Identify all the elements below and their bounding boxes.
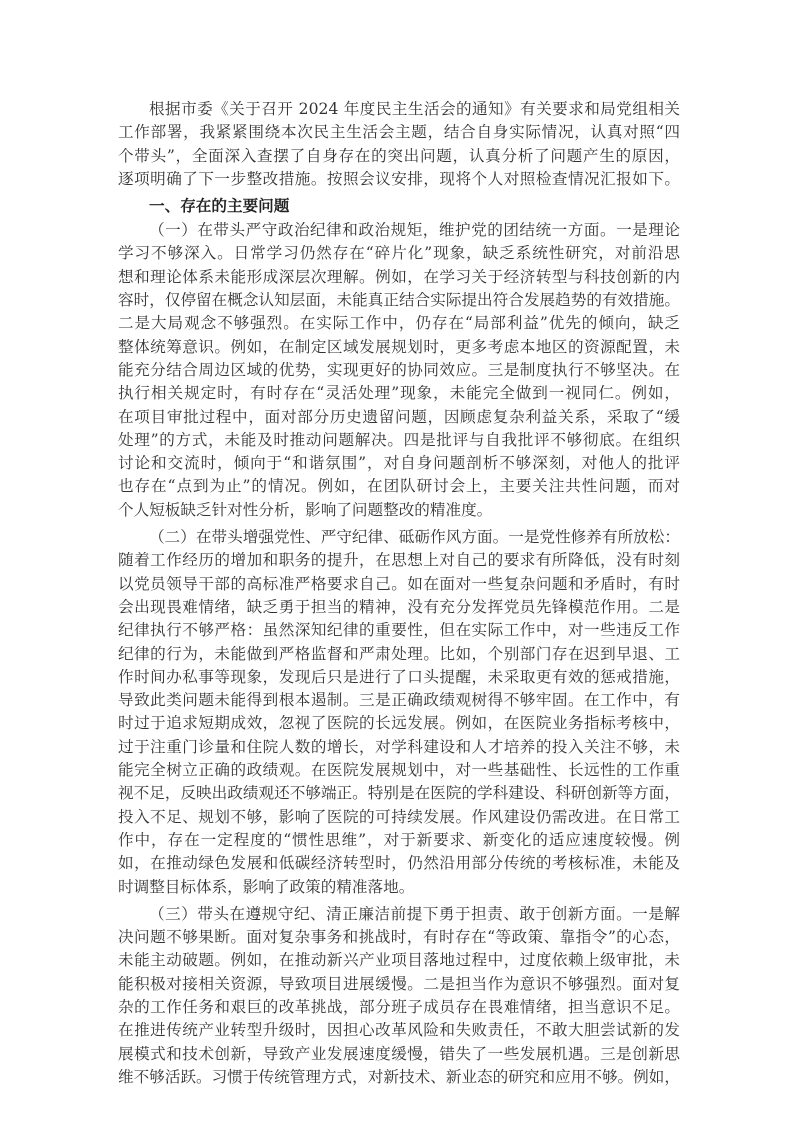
part1-line: 二是大局观念不够强烈。在实际工作中，仍存在“局部利益”优先的倾向，缺乏 [118,312,680,335]
part1-line: 个人短板缺乏针对性分析，影响了问题整改的精准度。 [118,499,680,522]
part2-line: （二）在带头增强党性、严守纪律、砥砺作风方面。一是党性修养有所放松： [118,526,680,549]
part3-paragraph: （三）带头在遵规守纪、清正廉洁前提下勇于担责、敢于创新方面。一是解 决问题不够果… [118,903,680,1089]
document-page: 根据市委《关于召开 2024 年度民主生活会的通知》有关要求和局党组相关 工作部… [118,98,680,1089]
part3-line: 决问题不够果断。面对复杂事务和挑战时，有时存在“等政策、靠指令”的心态， [118,926,680,949]
intro-line-3: 个带头”，全面深入查摆了自身存在的突出问题，认真分析了问题产生的原因， [118,145,680,168]
part1-paragraph: （一）在带头严守政治纪律和政治规矩，维护党的团结统一方面。一是理论 学习不够深入… [118,219,680,522]
part2-paragraph: （二）在带头增强党性、严守纪律、砥砺作风方面。一是党性修养有所放松： 随着工作经… [118,526,680,899]
intro-line-1: 根据市委《关于召开 2024 年度民主生活会的通知》有关要求和局党组相关 [118,98,680,121]
part1-line: 在项目审批过程中，面对部分历史遗留问题，因顾虑复杂利益关系，采取了“缓 [118,406,680,429]
intro-line-2: 工作部署，我紧紧围绕本次民主生活会主题，结合自身实际情况，认真对照“四 [118,121,680,144]
part2-line: 时过于追求短期成效，忽视了医院的长远发展。例如，在医院业务指标考核中， [118,712,680,735]
part2-line: 以党员领导干部的高标准严格要求自己。如在面对一些复杂问题和矛盾时，有时 [118,573,680,596]
part1-line: 容时，仅停留在概念认知层面，未能真正结合实际提出符合发展趋势的有效措施。 [118,289,680,312]
part3-line: 能积极对接相关资源，导致项目进展缓慢。二是担当作为意识不够强烈。面对复 [118,973,680,996]
part2-line: 过于注重门诊量和住院人数的增长，对学科建设和人才培养的投入关注不够，未 [118,736,680,759]
part3-line: （三）带头在遵规守纪、清正廉洁前提下勇于担责、敢于创新方面。一是解 [118,903,680,926]
part2-line: 会出现畏难情绪，缺乏勇于担当的精神，没有充分发挥党员先锋模范作用。二是 [118,596,680,619]
part3-line: 杂的工作任务和艰巨的改革挑战，部分班子成员存在畏难情绪，担当意识不足。 [118,996,680,1019]
part2-line: 作时间办私事等现象，发现后只是进行了口头提醒，未采取更有效的惩戒措施， [118,666,680,689]
part1-line: 能充分结合周边区域的优势，实现更好的协同效应。三是制度执行不够坚决。在 [118,359,680,382]
part2-line: 导致此类问题未能得到根本遏制。三是正确政绩观树得不够牢固。在工作中，有 [118,689,680,712]
part2-line: 投入不足、规划不够，影响了医院的可持续发展。作风建设仍需改进。在日常工 [118,806,680,829]
intro-paragraph: 根据市委《关于召开 2024 年度民主生活会的通知》有关要求和局党组相关 工作部… [118,98,680,191]
part2-line: 能完全树立正确的政绩观。在医院发展规划中，对一些基础性、长远性的工作重 [118,759,680,782]
part1-line: 处理”的方式，未能及时推动问题解决。四是批评与自我批评不够彻底。在组织 [118,429,680,452]
part1-line: 执行相关规定时，有时存在“灵活处理”现象，未能完全做到一视同仁。例如， [118,382,680,405]
part1-line: 想和理论体系未能形成深层次理解。例如，在学习关于经济转型与科技创新的内 [118,266,680,289]
part1-line: 讨论和交流时，倾向于“和谐氛围”，对自身问题剖析不够深刻，对他人的批评 [118,452,680,475]
part3-line: 未能主动破题。例如，在推动新兴产业项目落地过程中，过度依赖上级审批，未 [118,949,680,972]
part3-line: 展模式和技术创新，导致产业发展速度缓慢，错失了一些发展机遇。三是创新思 [118,1043,680,1066]
part1-line: 也存在“点到为止”的情况。例如，在团队研讨会上，主要关注共性问题，而对 [118,475,680,498]
part2-line: 视不足，反映出政绩观还不够端正。特别是在医院的学科建设、科研创新等方面， [118,782,680,805]
part1-line: 整体统筹意识。例如，在制定区域发展规划时，更多考虑本地区的资源配置，未 [118,336,680,359]
part2-line: 时调整目标体系，影响了政策的精准落地。 [118,876,680,899]
section-heading: 一、存在的主要问题 [118,193,680,219]
part3-line: 在推进传统产业转型升级时，因担心改革风险和失败责任，不敢大胆尝试新的发 [118,1019,680,1042]
part2-line: 纪律执行不够严格：虽然深知纪律的重要性，但在实际工作中，对一些违反工作 [118,619,680,642]
part2-line: 作中，存在一定程度的“惯性思维”，对于新要求、新变化的适应速度较慢。例 [118,829,680,852]
part1-line: （一）在带头严守政治纪律和政治规矩，维护党的团结统一方面。一是理论 [118,219,680,242]
part2-line: 随着工作经历的增加和职务的提升，在思想上对自己的要求有所降低，没有时刻 [118,549,680,572]
part3-line: 维不够活跃。习惯于传统管理方式，对新技术、新业态的研究和应用不够。例如， [118,1066,680,1089]
part1-line: 学习不够深入。日常学习仍然存在“碎片化”现象，缺乏系统性研究，对前沿思 [118,242,680,265]
part2-line: 纪律的行为，未能做到严格监督和严肃处理。比如，个别部门存在迟到早退、工 [118,643,680,666]
part2-line: 如，在推动绿色发展和低碳经济转型时，仍然沿用部分传统的考核标准，未能及 [118,852,680,875]
intro-line-4: 逐项明确了下一步整改措施。按照会议安排，现将个人对照检查情况汇报如下。 [118,168,680,191]
